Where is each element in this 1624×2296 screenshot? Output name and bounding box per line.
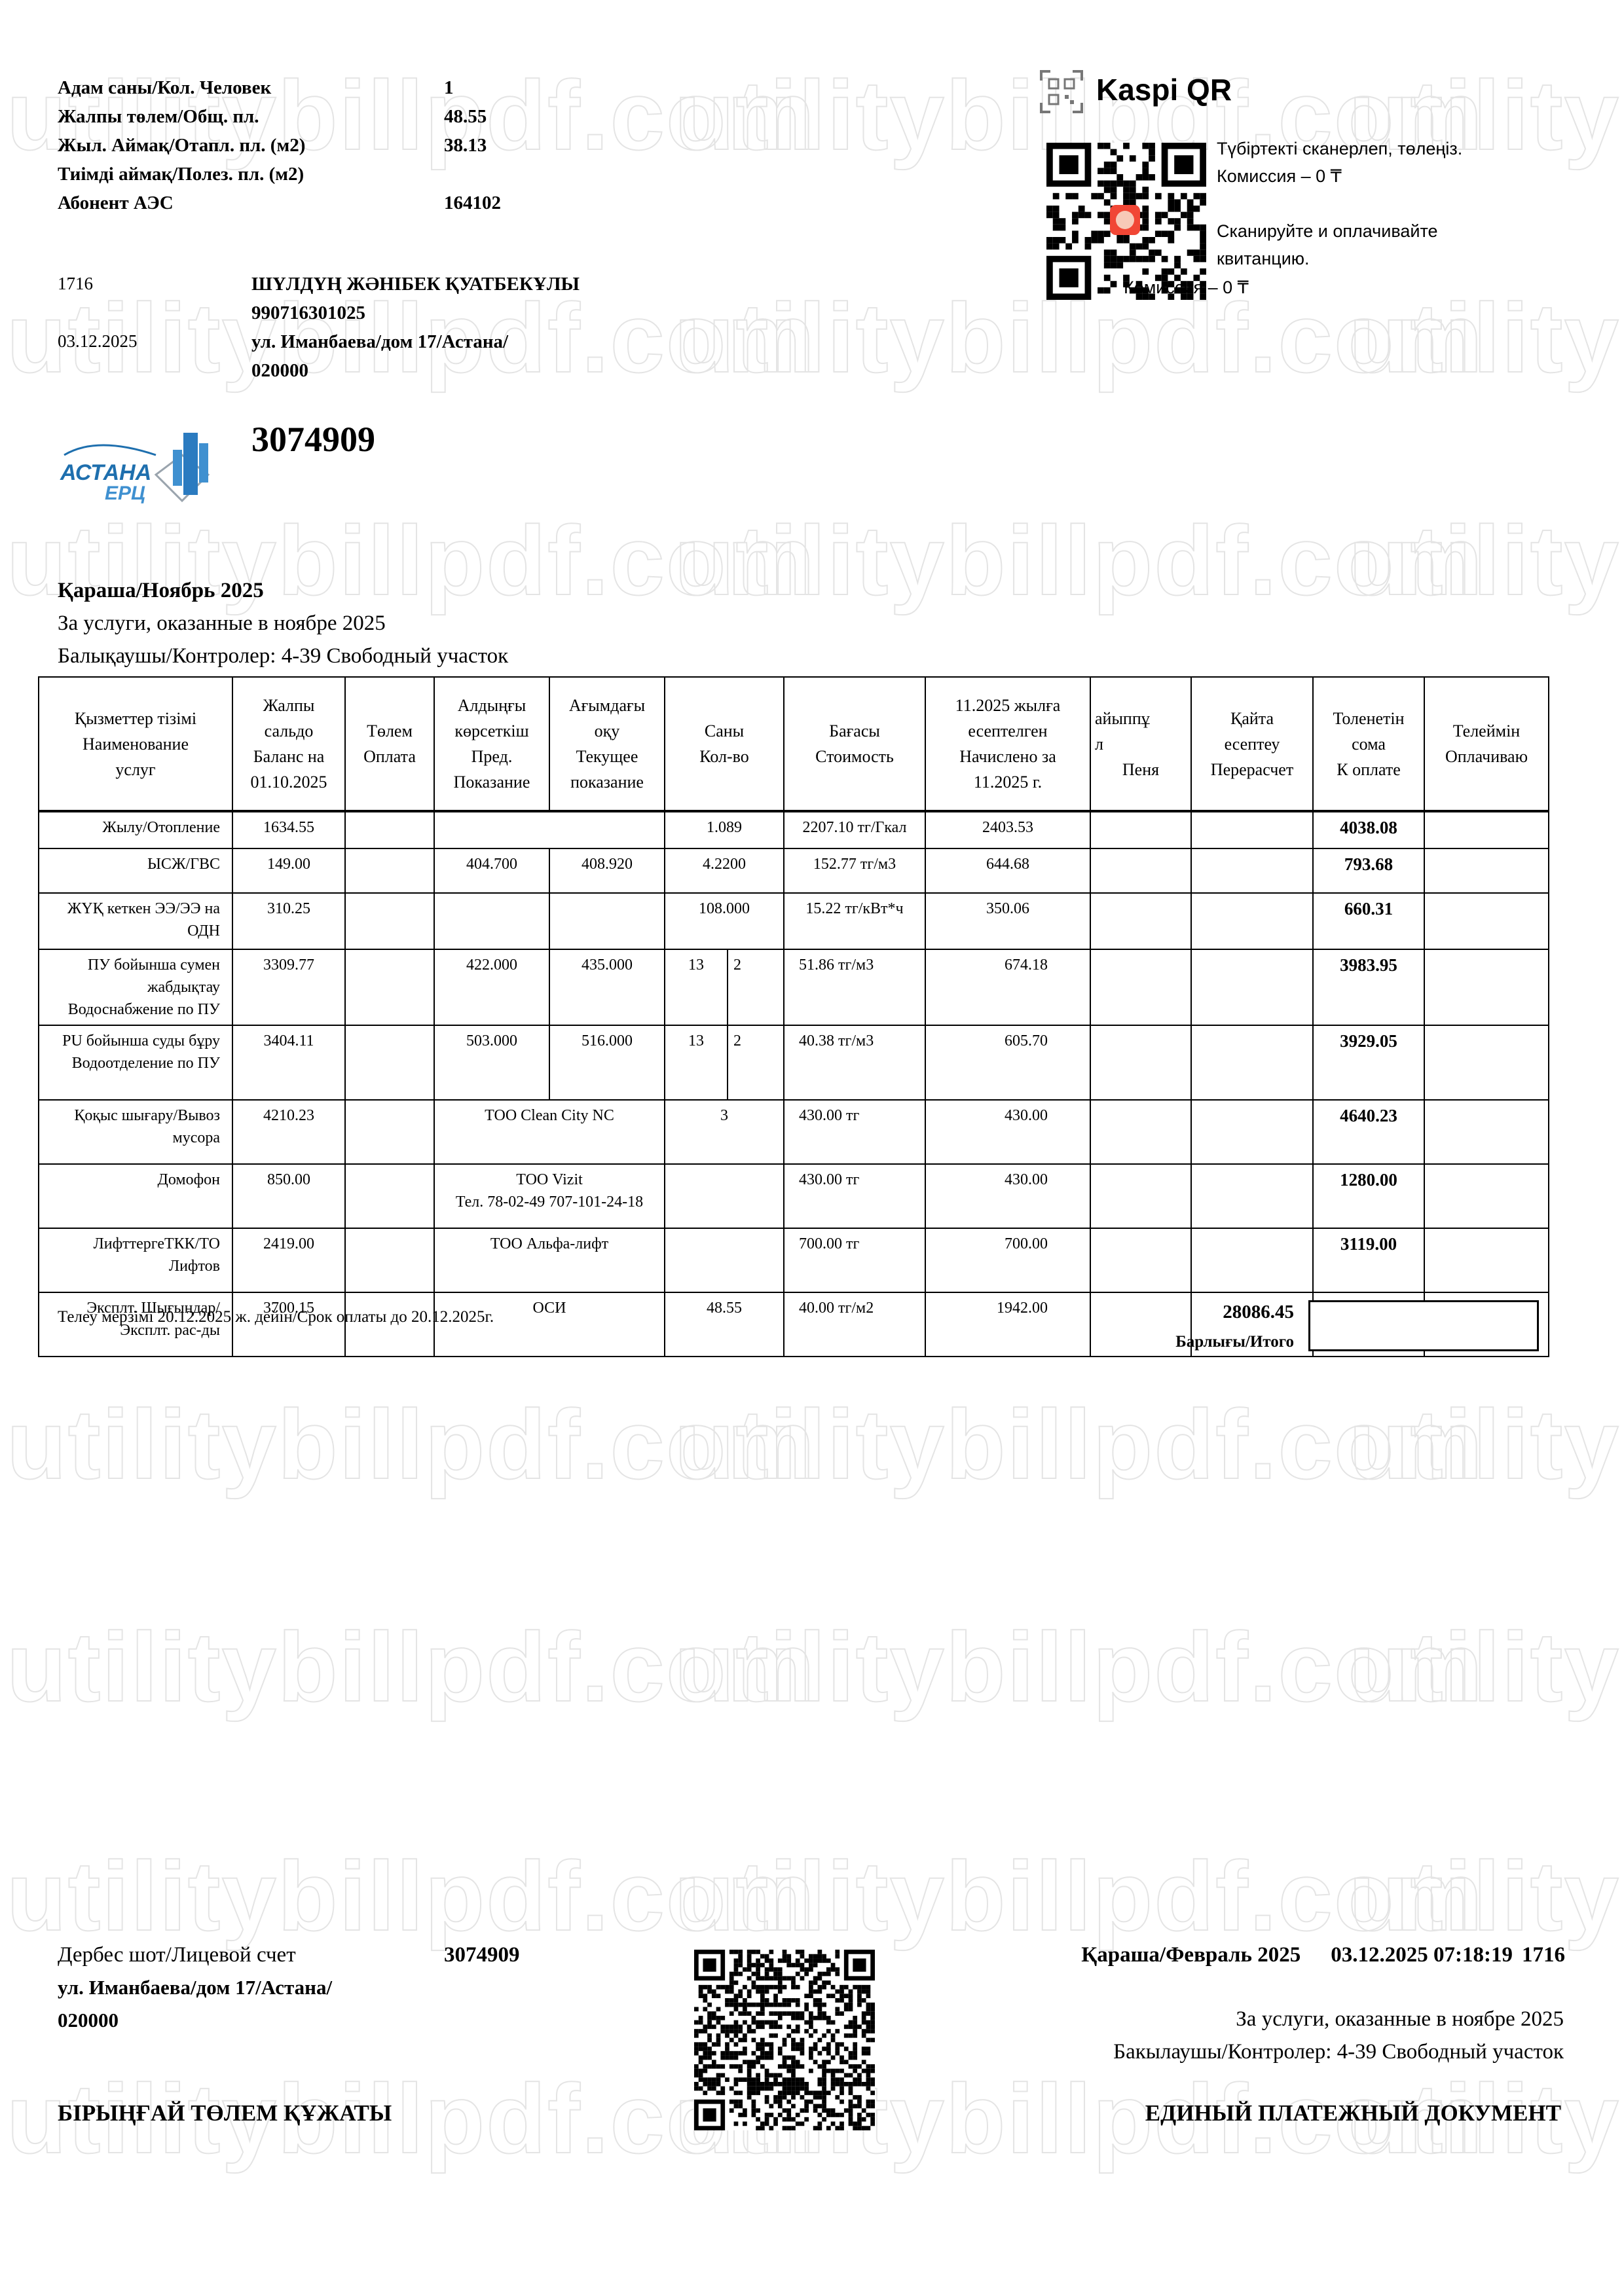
column-header: ТөлемОплата: [345, 677, 434, 811]
due-date-text: Телеу мерзімі 20.12.2025 ж. дейін/Срок о…: [58, 1308, 494, 1326]
column-header-line: показание: [554, 769, 660, 795]
astana-erc-logo: АСТАНА ЕРЦ: [58, 429, 241, 507]
kaspi-text-kz: Түбіртекті сканерлеп, төлеңіз.: [1217, 135, 1462, 162]
payment-cell: [345, 893, 434, 949]
stub-doc-title-ru: ЕДИНЫЙ ПЛАТЕЖНЫЙ ДОКУМЕНТ: [917, 2100, 1561, 2126]
qty-a-cell: 13: [665, 949, 728, 1025]
penalty-cell: [1090, 949, 1191, 1025]
logo-subtext: ЕРЦ: [105, 483, 145, 505]
services-text: За услуги, оказанные в ноябре 2025: [58, 611, 386, 636]
column-header: СаныКол-во: [665, 677, 784, 811]
column-header-line: Стоимость: [788, 744, 921, 769]
to-pay-cell: 4038.08: [1313, 811, 1424, 848]
prev-reading-cell: [434, 893, 549, 949]
column-header: Қызметтер тізіміНаименованиеуслуг: [39, 677, 232, 811]
payment-cell: [345, 949, 434, 1025]
column-header-line: есептеу: [1196, 731, 1308, 757]
to-pay-cell: 1280.00: [1313, 1164, 1424, 1228]
meter-empty-cell: [434, 811, 665, 848]
column-header-line: Толенетін: [1318, 706, 1420, 731]
stub-account-label: Дербес шот/Лицевой счет: [58, 1943, 296, 1967]
stub-controller: Бакылаушы/Контролер: 4-39 Свободный учас…: [917, 2040, 1564, 2064]
payer-name: ШҮЛДҮҢ ЖӘНІБЕК ҚУАТБЕКҰЛЫ: [251, 270, 580, 299]
column-header-line: Қайта: [1196, 706, 1308, 731]
charges-table: Қызметтер тізіміНаименованиеуслугЖалпыса…: [38, 676, 1549, 1357]
stub-address: ул. Иманбаева/дом 17/Астана/: [58, 1976, 332, 1999]
service-name: Қоқыс шығару/Вывоз мусора: [39, 1100, 232, 1164]
price-cell: 2207.10 тг/Гкал: [784, 811, 925, 848]
info-value: 38.13: [444, 131, 487, 160]
provider-name: ТОО Альфа-лифт: [439, 1233, 660, 1255]
paying-input-cell[interactable]: [1424, 949, 1549, 1025]
column-header-line: Наименование: [43, 731, 228, 757]
payment-cell: [345, 811, 434, 848]
qty-cell: 3: [665, 1100, 784, 1164]
qty-cell: 4.2200: [665, 848, 784, 893]
table-row: Қоқыс шығару/Вывоз мусора4210.23ТОО Clea…: [39, 1100, 1549, 1164]
price-cell: 51.86 тг/м3: [784, 949, 925, 1025]
qty-b-cell: 2: [728, 949, 784, 1025]
column-header-line: айыппұ: [1095, 706, 1187, 731]
column-header-line: Саны: [669, 718, 779, 744]
column-header-line: Телеймін: [1429, 718, 1544, 744]
charged-cell: 2403.53: [925, 811, 1090, 848]
paying-input-cell[interactable]: [1424, 811, 1549, 848]
paying-input-cell[interactable]: [1424, 1100, 1549, 1164]
price-cell: 430.00 тг: [784, 1100, 925, 1164]
service-name: ЫСЖ/ГВС: [39, 848, 232, 893]
recalc-cell: [1191, 949, 1313, 1025]
service-name: ПУ бойынша сумен жабдықтау Водоснабжение…: [39, 949, 232, 1025]
provider-name: ТОО Vizit: [439, 1169, 660, 1191]
qty-cell: 1.089: [665, 811, 784, 848]
table-row: Жылу/Отопление1634.551.0892207.10 тг/Гка…: [39, 811, 1549, 848]
kaspi-commission-kz: Комиссия – 0 ₸: [1217, 162, 1462, 190]
payment-cell: [345, 1025, 434, 1100]
column-header-line: Алдыңғы: [439, 693, 545, 718]
to-pay-cell: 3119.00: [1313, 1228, 1424, 1292]
period-title: Қараша/Ноябрь 2025: [58, 579, 264, 603]
charged-cell: 430.00: [925, 1100, 1090, 1164]
column-header-line: Начислено за: [930, 744, 1086, 769]
payer-iin: 990716301025: [251, 299, 580, 327]
balance-cell: 310.25: [232, 893, 345, 949]
column-header-line: Перерасчет: [1196, 757, 1308, 782]
prev-reading-cell: 503.000: [434, 1025, 549, 1100]
recalc-cell: [1191, 1100, 1313, 1164]
balance-cell: 2419.00: [232, 1228, 345, 1292]
qty-a-cell: 13: [665, 1025, 728, 1100]
paying-input-cell[interactable]: [1424, 1164, 1549, 1228]
table-row: PU бойынша суды бұру Водоотделение по ПУ…: [39, 1025, 1549, 1100]
paying-input-cell[interactable]: [1424, 893, 1549, 949]
to-pay-cell: 3983.95: [1313, 949, 1424, 1025]
column-header-line: 01.10.2025: [237, 769, 341, 795]
column-header: АғымдағыоқуТекущеепоказание: [549, 677, 665, 811]
column-header-line: көрсеткіш: [439, 718, 545, 744]
qty-cell: 108.000: [665, 893, 784, 949]
payment-amount-input[interactable]: [1308, 1300, 1539, 1351]
price-cell: 15.22 тг/кВт*ч: [784, 893, 925, 949]
payment-cell: [345, 1100, 434, 1164]
kaspi-text-ru-2: квитанцию.: [1217, 245, 1462, 272]
recalc-cell: [1191, 893, 1313, 949]
penalty-cell: [1090, 811, 1191, 848]
service-name: Домофон: [39, 1164, 232, 1228]
charged-cell: 644.68: [925, 848, 1090, 893]
table-row: ЫСЖ/ГВС149.00404.700408.9204.2200152.77 …: [39, 848, 1549, 893]
price-cell: 40.00 тг/м2: [784, 1292, 925, 1357]
qty-cell: [665, 1228, 784, 1292]
to-pay-cell: 793.68: [1313, 848, 1424, 893]
info-label: Жалпы төлем/Общ. пл.: [58, 102, 259, 131]
controller-text: Балықаушы/Контролер: 4-39 Свободный учас…: [58, 644, 508, 668]
stub-postcode: 020000: [58, 2009, 119, 2032]
balance-cell: 4210.23: [232, 1100, 345, 1164]
column-header-line: сальдо: [237, 718, 341, 744]
stub-timestamp: 03.12.2025 07:18:19: [1331, 1943, 1513, 1967]
balance-cell: 3404.11: [232, 1025, 345, 1100]
qty-cell: 48.55: [665, 1292, 784, 1357]
kaspi-text-ru-1: Сканируйте и оплачивайте: [1217, 217, 1462, 245]
provider-cell: ТОО Clean City NC: [434, 1100, 665, 1164]
column-header: БағасыСтоимость: [784, 677, 925, 811]
penalty-cell: [1090, 1164, 1191, 1228]
charged-cell: 674.18: [925, 949, 1090, 1025]
column-header-line: Оплата: [350, 744, 430, 769]
table-row: ПУ бойынша сумен жабдықтау Водоснабжение…: [39, 949, 1549, 1025]
info-label: Адам саны/Кол. Человек: [58, 73, 271, 102]
column-header-line: Қызметтер тізімі: [43, 706, 228, 731]
table-row: Домофон850.00ТОО VizitТел. 78-02-49 707-…: [39, 1164, 1549, 1228]
curr-reading-cell: 516.000: [549, 1025, 665, 1100]
column-header-line: услуг: [43, 757, 228, 782]
recalc-cell: [1191, 1228, 1313, 1292]
recalc-cell: [1191, 1164, 1313, 1228]
provider-name: ТОО Clean City NC: [439, 1104, 660, 1127]
penalty-cell: [1090, 1025, 1191, 1100]
penalty-cell: [1090, 1100, 1191, 1164]
curr-reading-cell: 408.920: [549, 848, 665, 893]
charged-cell: 1942.00: [925, 1292, 1090, 1357]
price-cell: 152.77 тг/м3: [784, 848, 925, 893]
table-row: ЖҮҚ кеткен ЭЭ/ЭЭ на ОДН310.25108.00015.2…: [39, 893, 1549, 949]
provider-phone: Тел. 78-02-49 707-101-24-18: [439, 1191, 660, 1213]
balance-cell: 850.00: [232, 1164, 345, 1228]
kaspi-logo-icon: [1110, 205, 1140, 235]
table-header-row: Қызметтер тізіміНаименованиеуслугЖалпыса…: [39, 677, 1549, 811]
column-header-line: Баланс на: [237, 744, 341, 769]
column-header-line: сома: [1318, 731, 1420, 757]
payer-postcode: 020000: [251, 356, 580, 385]
to-pay-cell: 660.31: [1313, 893, 1424, 949]
charged-cell: 430.00: [925, 1164, 1090, 1228]
info-value: 1: [444, 73, 454, 102]
prev-reading-cell: 422.000: [434, 949, 549, 1025]
column-header-line: л: [1095, 731, 1187, 757]
qty-b-cell: 2: [728, 1025, 784, 1100]
bill-date: 03.12.2025: [58, 331, 138, 352]
column-header-line: Төлем: [350, 718, 430, 744]
balance-cell: 1634.55: [232, 811, 345, 848]
stub-period: Қараша/Февраль 2025: [1081, 1943, 1301, 1967]
paying-input-cell[interactable]: [1424, 1228, 1549, 1292]
column-header: ЖалпысальдоБаланс на01.10.2025: [232, 677, 345, 811]
column-header: ТелеймінОплачиваю: [1424, 677, 1549, 811]
payment-cell: [345, 1228, 434, 1292]
column-header-line: Пред.: [439, 744, 545, 769]
info-label: Абонент АЭС: [58, 189, 174, 217]
column-header-line: Показание: [439, 769, 545, 795]
column-header-line: К оплате: [1318, 757, 1420, 782]
column-header-line: 11.2025 г.: [930, 769, 1086, 795]
kaspi-commission-ru: Комиссия – 0 ₸: [1124, 274, 1249, 301]
service-name: ЛифттергеТКК/ТО Лифтов: [39, 1228, 232, 1292]
payer-block: ШҮЛДҮҢ ЖӘНІБЕК ҚУАТБЕКҰЛЫ 990716301025 у…: [251, 270, 580, 385]
payment-qr-code[interactable]: [694, 1950, 875, 2130]
column-header-line: Ағымдағы: [554, 693, 660, 718]
column-header-line: Кол-во: [669, 744, 779, 769]
account-number: 3074909: [251, 419, 375, 460]
kaspi-instructions: Түбіртекті сканерлеп, төлеңіз. Комиссия …: [1217, 135, 1462, 272]
total-label: Барлығы/Итого: [1113, 1333, 1294, 1351]
column-header-line: Текущее: [554, 744, 660, 769]
paying-input-cell[interactable]: [1424, 848, 1549, 893]
curr-reading-cell: [549, 893, 665, 949]
kaspi-qr-scan-icon: [1039, 69, 1084, 115]
service-name: PU бойынша суды бұру Водоотделение по ПУ: [39, 1025, 232, 1100]
paying-input-cell[interactable]: [1424, 1025, 1549, 1100]
balance-cell: 149.00: [232, 848, 345, 893]
kaspi-title: Kaspi QR: [1096, 72, 1232, 107]
price-cell: 700.00 тг: [784, 1228, 925, 1292]
provider-cell: ТОО VizitТел. 78-02-49 707-101-24-18: [434, 1164, 665, 1228]
price-cell: 40.38 тг/м3: [784, 1025, 925, 1100]
column-header-line: Оплачиваю: [1429, 744, 1544, 769]
info-value: 164102: [444, 189, 501, 217]
stub-header-line: Қараша/Февраль 202503.12.2025 07:18:1917…: [1022, 1943, 1565, 1967]
curr-reading-cell: 435.000: [549, 949, 665, 1025]
stub-services-text: За услуги, оказанные в ноябре 2025: [917, 2007, 1564, 2032]
charged-cell: 350.06: [925, 893, 1090, 949]
service-name: Жылу/Отопление: [39, 811, 232, 848]
to-pay-cell: 4640.23: [1313, 1100, 1424, 1164]
penalty-cell: [1090, 893, 1191, 949]
recalc-cell: [1191, 848, 1313, 893]
column-header-line: Жалпы: [237, 693, 341, 718]
payment-cell: [345, 848, 434, 893]
column-header: АлдыңғыкөрсеткішПред.Показание: [434, 677, 549, 811]
provider-cell: ТОО Альфа-лифт: [434, 1228, 665, 1292]
info-label: Жыл. Аймақ/Отапл. пл. (м2): [58, 131, 305, 160]
stub-account-value: 3074909: [444, 1943, 520, 1967]
penalty-cell: [1090, 1228, 1191, 1292]
total-value: 28086.45: [1113, 1302, 1294, 1323]
column-header: ТоленетінсомаК оплате: [1313, 677, 1424, 811]
column-header: ҚайтаесептеуПерерасчет: [1191, 677, 1313, 811]
payer-code: 1716: [58, 274, 93, 294]
payer-address: ул. Иманбаева/дом 17/Астана/: [251, 327, 580, 356]
charged-cell: 605.70: [925, 1025, 1090, 1100]
column-header-line: Пеня: [1095, 757, 1187, 782]
stub-code: 1716: [1522, 1943, 1565, 1967]
column-header: айыппұлПеня: [1090, 677, 1191, 811]
price-cell: 430.00 тг: [784, 1164, 925, 1228]
qr-code-icon: [694, 1950, 875, 2130]
column-header-line: Бағасы: [788, 718, 921, 744]
to-pay-cell: 3929.05: [1313, 1025, 1424, 1100]
payment-cell: [345, 1164, 434, 1228]
column-header-line: есептелген: [930, 718, 1086, 744]
balance-cell: 3309.77: [232, 949, 345, 1025]
charged-cell: 700.00: [925, 1228, 1090, 1292]
recalc-cell: [1191, 1025, 1313, 1100]
info-label: Тиімді аймақ/Полез. пл. (м2): [58, 160, 304, 189]
penalty-cell: [1090, 848, 1191, 893]
table-row: ЛифттергеТКК/ТО Лифтов2419.00ТОО Альфа-л…: [39, 1228, 1549, 1292]
column-header-line: оқу: [554, 718, 660, 744]
column-header-line: 11.2025 жылға: [930, 693, 1086, 718]
stub-doc-title-kz: БІРЫҢҒАЙ ТӨЛЕМ ҚҰЖАТЫ: [58, 2100, 392, 2126]
qty-cell: [665, 1164, 784, 1228]
recalc-cell: [1191, 811, 1313, 848]
service-name: ЖҮҚ кеткен ЭЭ/ЭЭ на ОДН: [39, 893, 232, 949]
prev-reading-cell: 404.700: [434, 848, 549, 893]
info-value: 48.55: [444, 102, 487, 131]
column-header: 11.2025 жылғаесептелгенНачислено за11.20…: [925, 677, 1090, 811]
